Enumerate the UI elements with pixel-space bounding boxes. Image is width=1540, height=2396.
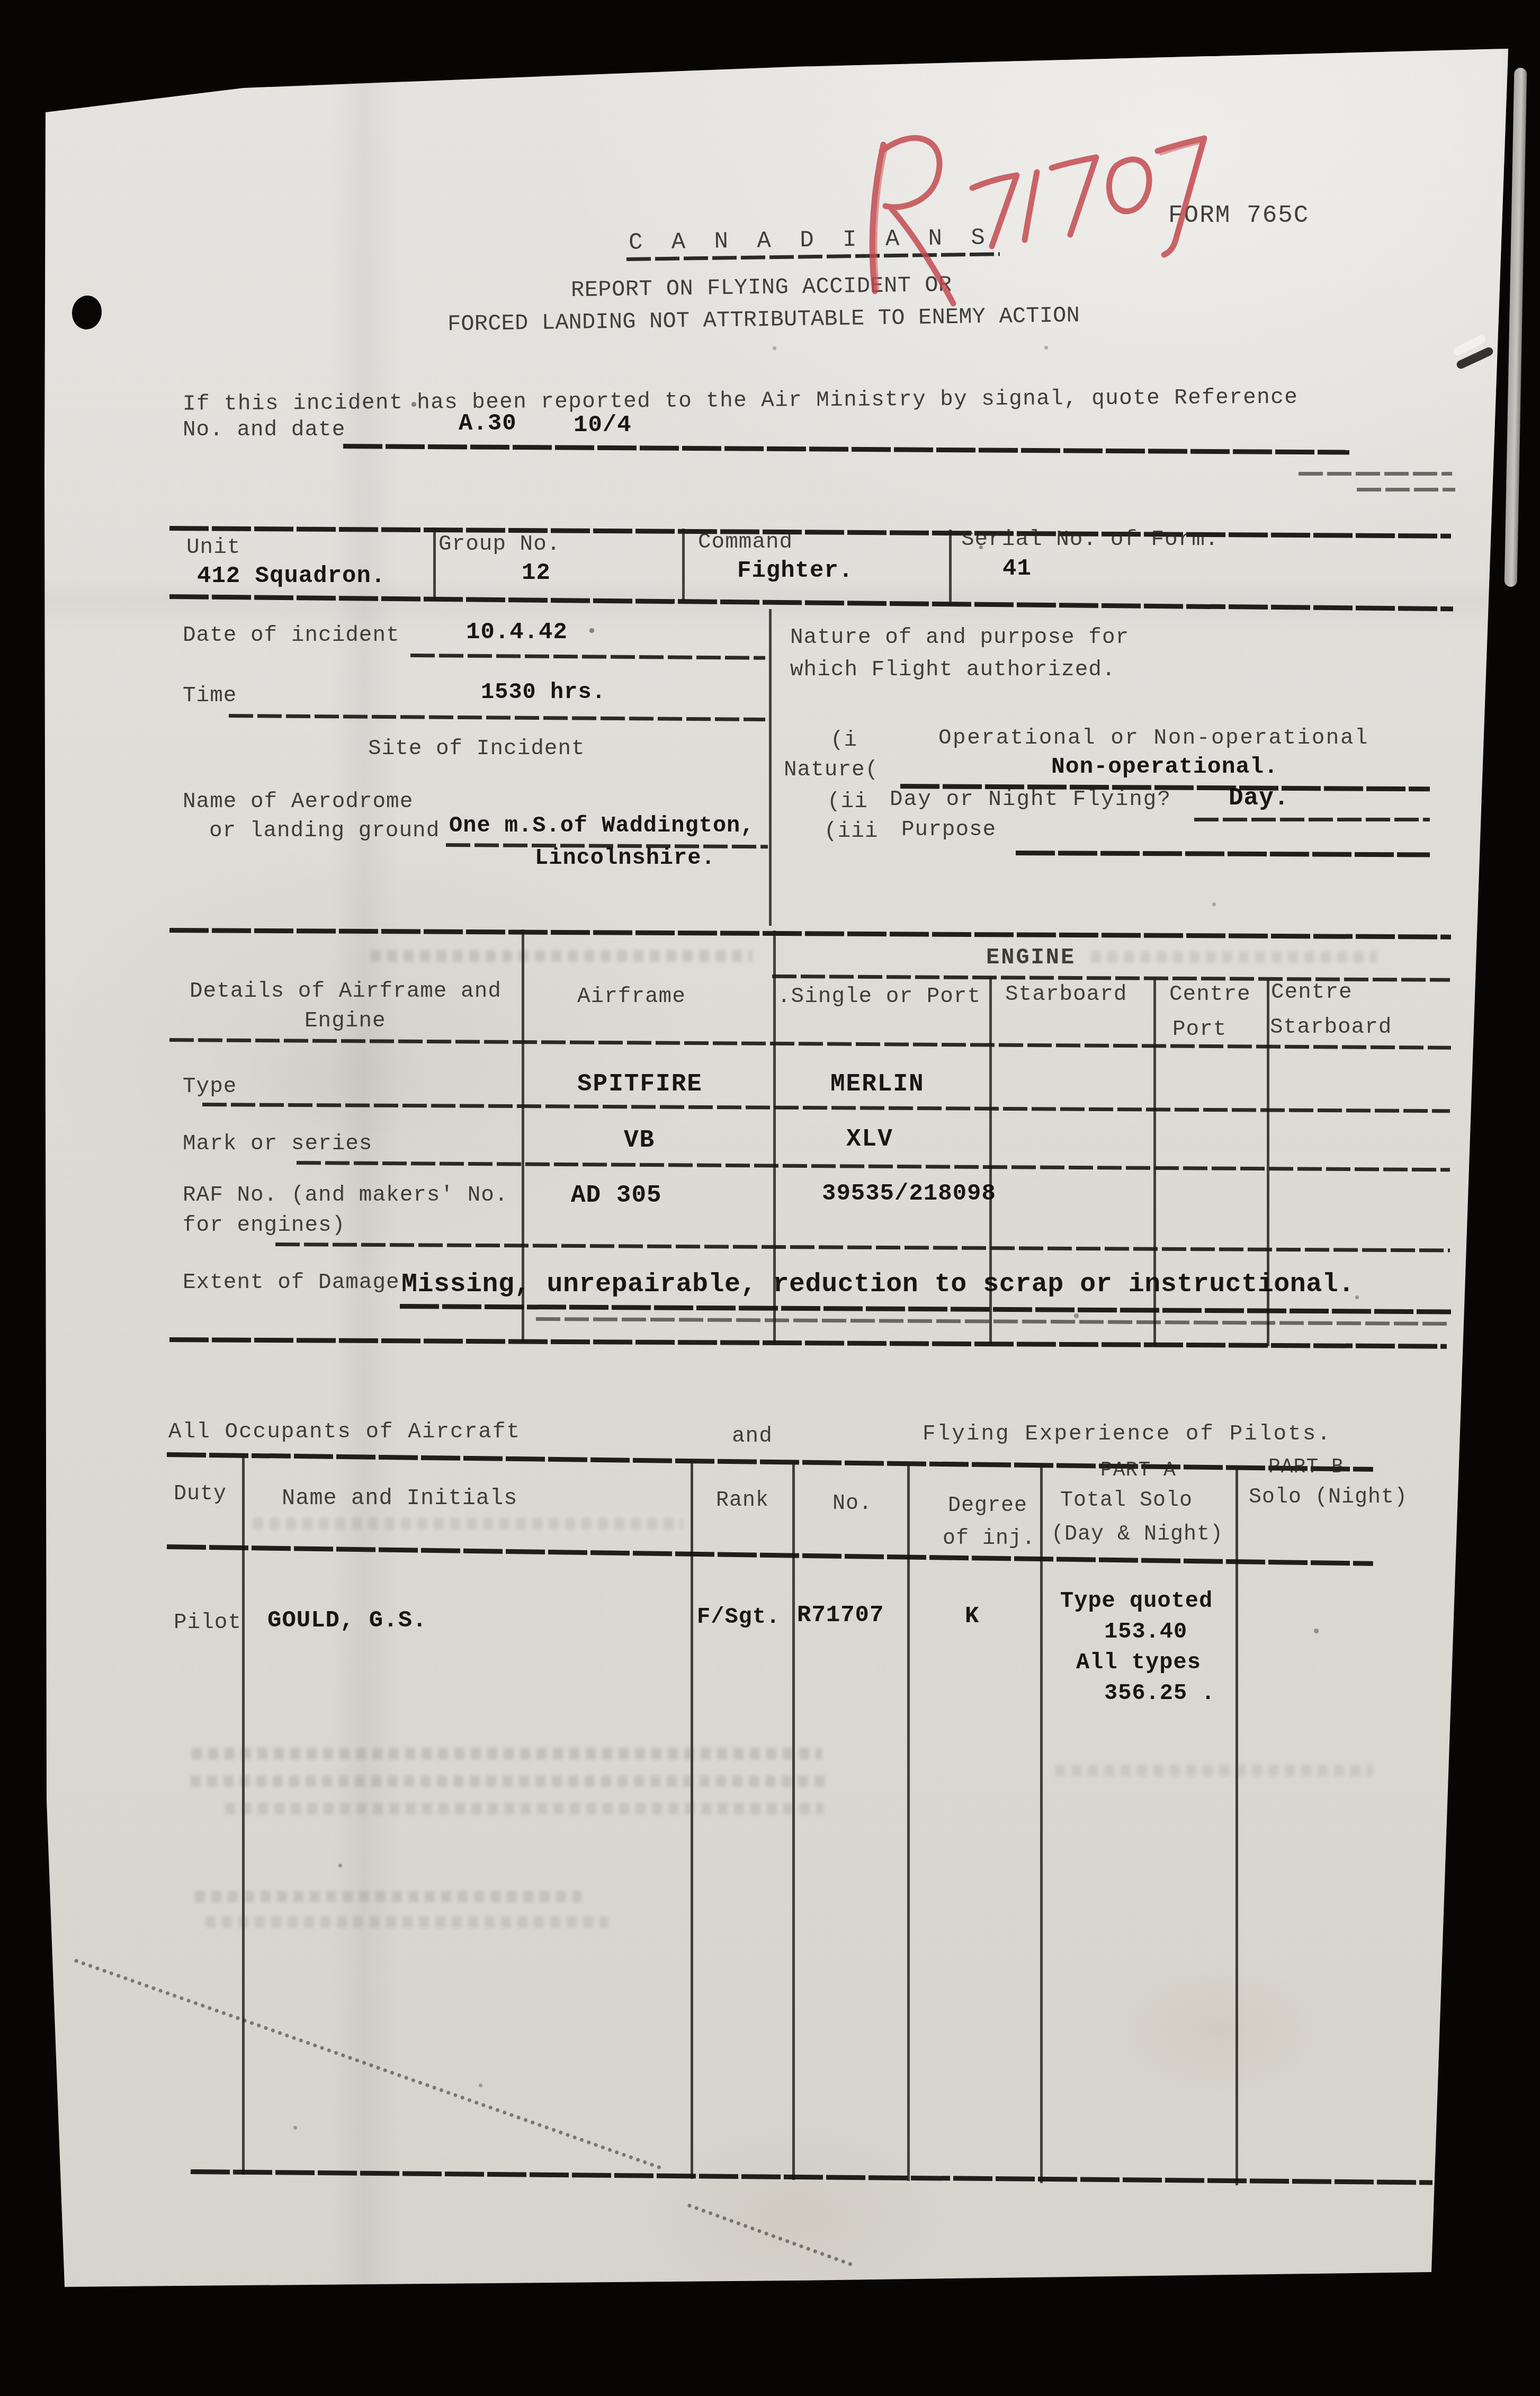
incident-section-divider [769, 609, 772, 926]
part-a-value-line1: Type quoted [1060, 1589, 1213, 1614]
centre-port-column-header-line1: Centre [1169, 983, 1251, 1007]
bleed-through-smudge [253, 1518, 683, 1530]
occupants-divider-rank [792, 1461, 795, 2180]
scanned-document-photo: FORM 765C C A N A D I A N S REPORT ON FL… [0, 0, 1540, 2396]
reference-date-value: 10/4 [574, 413, 632, 439]
airframe-column-header: Airframe [577, 985, 686, 1009]
unit-value: 412 Squadron. [197, 564, 386, 589]
occupants-divider-no [907, 1462, 910, 2181]
nature-brace-label: Nature( [784, 758, 879, 783]
aerodrome-label-line1: Name of Aerodrome [183, 790, 413, 815]
occupant-rank-value: F/Sgt. [697, 1605, 780, 1630]
airframe-corner-label-line1: Details of Airframe and [190, 980, 502, 1004]
form-765c-paper: FORM 765C C A N A D I A N S REPORT ON FL… [0, 0, 1540, 2396]
bleed-through-smudge [1091, 951, 1377, 963]
type-row-label: Type [183, 1075, 237, 1099]
reference-underline-frag1 [1299, 472, 1452, 476]
ink-specks [0, 0, 2, 2]
nature-heading-line1: Nature of and purpose for [790, 626, 1129, 650]
mark-engine-value: XLV [846, 1126, 893, 1154]
reference-underline-frag2 [1357, 488, 1455, 491]
part-a-value-line2: 153.40 [1104, 1620, 1187, 1644]
group-no-value: 12 [522, 560, 551, 586]
nature-item-i-value: Non-operational. [1051, 754, 1278, 780]
centre-starboard-column-header-line1: Centre [1271, 981, 1353, 1005]
occupant-duty-value: Pilot [174, 1611, 241, 1635]
serial-no-header-label: Serial No. of Form. [961, 528, 1219, 552]
aerodrome-value-line1: One m.S.of Waddington, [449, 813, 755, 838]
raf-no-engine-value: 39535/218098 [822, 1181, 996, 1207]
centre-port-column-header-line2: Port [1172, 1018, 1226, 1042]
duty-column-header: Duty [174, 1483, 227, 1507]
degree-column-header-line1: Degree [948, 1495, 1027, 1518]
part-b-column-header-line2: Solo (Night) [1249, 1486, 1408, 1510]
unit-header-label: Unit [186, 536, 240, 560]
occupants-divider-name [691, 1460, 693, 2179]
serial-no-value: 41 [1002, 556, 1032, 582]
occupants-heading-right: Flying Experience of Pilots. [923, 1423, 1332, 1447]
no-column-header: No. [832, 1492, 872, 1516]
occupants-divider-degree [1040, 1464, 1043, 2183]
group-no-header-label: Group No. [438, 533, 560, 557]
command-header-label: Command [698, 531, 793, 555]
command-value: Fighter. [737, 558, 853, 584]
starboard-column-header: Starboard [1005, 983, 1127, 1007]
occupants-divider-duty [242, 1455, 245, 2175]
unit-table-divider-1 [433, 528, 436, 600]
nature-item-iii-text: Purpose [901, 818, 996, 843]
occupants-divider-parta [1235, 1466, 1238, 2185]
part-b-column-header-line1: PART B [1268, 1456, 1344, 1479]
occupants-heading-mid: and [732, 1425, 773, 1449]
occupant-name-value: GOULD, G.S. [267, 1608, 427, 1634]
occupant-degree-value: K [965, 1604, 979, 1630]
part-a-value-line3: All types [1076, 1650, 1201, 1675]
bleed-through-smudge [371, 950, 752, 962]
extent-of-damage-value: Missing, unrepairable, reduction to scra… [401, 1270, 1355, 1300]
reference-prompt-line2: No. and date [183, 418, 345, 443]
bleed-through-smudge [191, 1775, 826, 1787]
aerodrome-label-line2: or landing ground [209, 819, 440, 844]
date-of-incident-label: Date of incident [183, 624, 400, 648]
bleed-through-smudge [225, 1803, 823, 1814]
nature-item-ii-label: (ii [827, 790, 868, 815]
engine-section-header: ENGINE [986, 945, 1076, 970]
bleed-through-smudge [192, 1748, 822, 1759]
aerodrome-value-line2: Lincolnshire. [535, 846, 715, 871]
nature-heading-line2: which Flight authorized. [790, 658, 1116, 683]
part-a-value-line4: 356.25 . [1104, 1681, 1215, 1706]
degree-column-header-line2: of inj. [943, 1527, 1035, 1551]
occupant-number-value: R71707 [797, 1603, 884, 1629]
part-a-column-header-line3: (Day & Night) [1051, 1523, 1223, 1547]
single-or-port-column-header: .Single or Port [777, 985, 981, 1009]
time-value: 1530 hrs. [481, 680, 606, 705]
part-a-column-header-line1: PART A [1100, 1460, 1176, 1482]
raf-no-row-label-line1: RAF No. (and makers' No. [183, 1184, 508, 1208]
nature-item-iii-label: (iii [824, 820, 878, 844]
nature-item-ii-text: Day or Night Flying? [890, 788, 1171, 812]
raf-no-row-label-line2: for engines) [183, 1214, 345, 1238]
extent-of-damage-label: Extent of Damage [183, 1271, 400, 1295]
centre-starboard-column-header-line2: Starboard [1270, 1016, 1392, 1040]
nature-item-i-label: (i [830, 729, 857, 753]
bleed-through-smudge [205, 1916, 608, 1928]
type-airframe-value: SPITFIRE [577, 1071, 703, 1098]
bleed-through-smudge [195, 1891, 581, 1902]
nature-item-ii-value: Day. [1229, 785, 1289, 812]
unit-table-divider-3 [949, 530, 952, 602]
airframe-corner-label-line2: Engine [305, 1009, 386, 1034]
date-of-incident-value: 10.4.42 [466, 620, 568, 646]
unit-table-divider-2 [682, 529, 685, 601]
bleed-through-smudge [1055, 1765, 1373, 1776]
rank-column-header: Rank [716, 1489, 769, 1513]
mark-airframe-value: VB [624, 1127, 655, 1155]
raf-no-airframe-value: AD 305 [571, 1182, 662, 1210]
occupants-heading-left: All Occupants of Aircraft [168, 1420, 521, 1445]
time-label: Time [183, 684, 237, 709]
part-a-column-header-line2: Total Solo [1060, 1489, 1193, 1513]
red-serial-annotation [830, 109, 1201, 331]
nature-item-i-text: Operational or Non-operational [938, 727, 1369, 751]
reference-number-value: A.30 [459, 411, 517, 437]
type-engine-value: MERLIN [830, 1071, 925, 1098]
site-of-incident-heading: Site of Incident [368, 737, 585, 762]
name-column-header: Name and Initials [282, 1486, 517, 1511]
nature-item-ii-underline [1194, 818, 1430, 821]
adjacent-page-edge [1505, 68, 1527, 587]
mark-row-label: Mark or series [183, 1132, 372, 1157]
